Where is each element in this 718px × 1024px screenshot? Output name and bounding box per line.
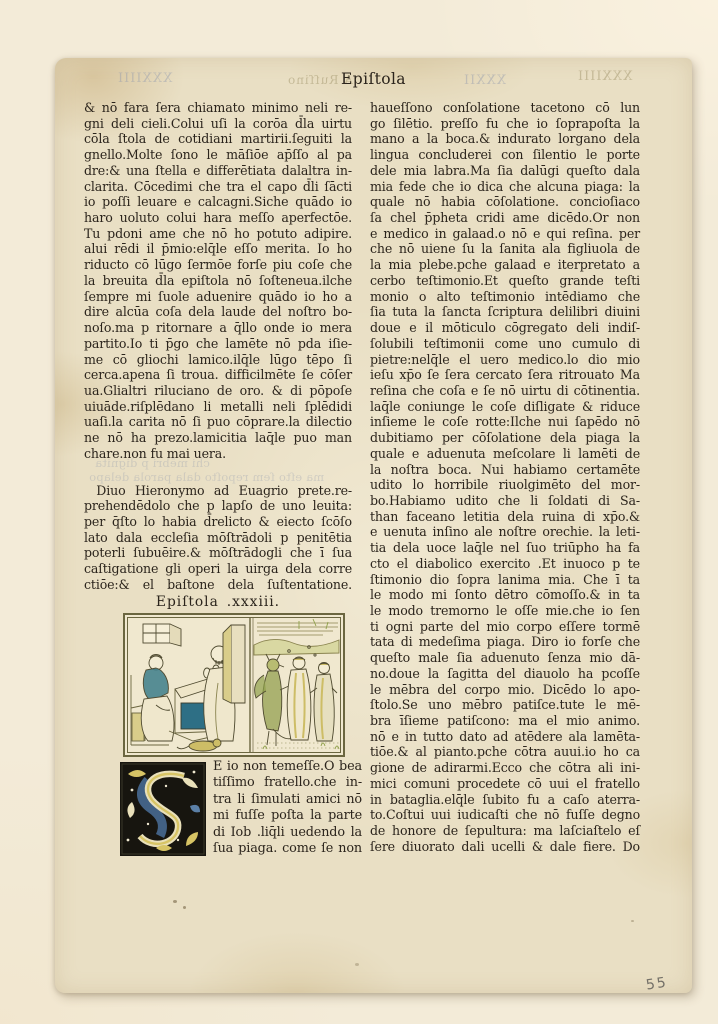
text-line: ſa chel p̄pheta cridi ame dicēdo.Or non: [370, 210, 640, 226]
text-line: io poſſi leuare e calcagni.Siche quādo i…: [84, 194, 352, 210]
text-line: mi fuſſe poſta la parte: [213, 808, 362, 824]
text-line: Diuo Hieronymo ad Euagrio prete.re-: [84, 483, 352, 499]
text-line: alui rēdi il p̄mio:elq̄le eſſo merita. I…: [84, 241, 352, 257]
text-line: dre:& una ſtella e differētiata dalaltra…: [84, 163, 352, 179]
text-line: ctiōe:& el baſtone dela ſuſtentatione.: [84, 577, 352, 593]
text-line: per q̄ſto lo habia d̄relicto & eiecto ſc…: [84, 514, 352, 530]
text-line: partito.Io ti p̄go che lamēte nō pda iſi…: [84, 336, 352, 352]
text-line: dele mia labra.Ma ſia dalūgi queſto dala: [370, 163, 640, 179]
text-line: ſua piaga. come ſe non: [213, 841, 362, 857]
text-line: ſempre mi ſuole aduenire quādo io ho a: [84, 289, 352, 305]
text-line: le mēbra del corpo mio. Dicēdo lo apo-: [370, 682, 640, 698]
text-line: me cō gliochi lamico.ilq̄le lūgo tēpo ſi: [84, 352, 352, 368]
book-leaf: XXXIIII A Ruſſino XXXII XXXIIII chi mēbr…: [55, 58, 692, 993]
text-line: riducto cō lūgo ſermōe forſe piu coſe ch…: [84, 257, 352, 273]
text-line: go ſilētio. preſſo fu che io ſoprapoſta …: [370, 116, 640, 132]
text-line: ua.Glialtri riluciano de oro. & di pōpoſ…: [84, 383, 352, 399]
foxing-speck: [631, 920, 634, 922]
woodcut-svg: [123, 613, 345, 757]
text-line: che nō uiene ſu la ſanita ala figliuola …: [370, 241, 640, 257]
text-line: clarita. Cōcedimi che tra el capo d̄li ſ…: [84, 179, 352, 195]
text-line: le modo mi ſonto dētro cōmoſſo.& in ta: [370, 587, 640, 603]
text-line: gnello.Molte ſono le māſiōe ap̄ſſo al pa: [84, 147, 352, 163]
text-line: bra īſieme patiſcono: ma el mio animo.: [370, 713, 640, 729]
text-line: poterli ſubuēire.& mōſtrādogli che ī ſua: [84, 545, 352, 561]
text-line: noſo.ma p ritornare a q̄llo onde io mera: [84, 320, 352, 336]
text-column-right: haueſſono conſolatione tacetono cō lungo…: [370, 100, 640, 855]
text-line: to.Coſtui uui iudicaſti che nō fuſſe deg…: [370, 807, 640, 823]
text-line: uaſi.la carita nō ſi puo cōprare.la dile…: [84, 414, 352, 430]
text-line: no.doue la ſagitta del diauolo ha pcoſſe: [370, 666, 640, 682]
text-line: tata di medeſima piaga. Diro io forſe ch…: [370, 634, 640, 650]
text-line: ſtimonio dio ſopra lanima mia. Che ī ta: [370, 572, 640, 588]
paragraph-1: & nō fara ſera chiamato minimo neli re-g…: [84, 100, 352, 446]
scanned-book-page: { "page": { "running_head": "Epiſtola", …: [0, 0, 718, 1024]
text-line: gni deli cieli.Colui uſi la corōa d̄la u…: [84, 116, 352, 132]
text-line: cerca.apena ſi troua. difficilmēte ſe cō…: [84, 367, 352, 383]
text-line: uiuāde.riſplēdano li metalli neli ſplēdi…: [84, 399, 352, 415]
text-line: e uenuta inſino ale noſtre orechie. la l…: [370, 524, 640, 540]
text-line: e medico in galaad.o nō e qui reſina. pe…: [370, 226, 640, 242]
text-line: than faceano letitia dela ruina di xp̄o.…: [370, 509, 640, 525]
text-line: prehendēdolo che p lapſo de uno leuita:: [84, 498, 352, 514]
text-line: tia dela uoce laq̄le nel ſuo triūpho ha …: [370, 540, 640, 556]
section-heading-epistola-xxxiii: Epiſtola .xxxiii.: [84, 594, 352, 611]
text-line: in bataglia.elq̄le ſubito fu a caſo ater…: [370, 792, 640, 808]
text-line: ti ogni parte del mio corpo eſſere tormē: [370, 619, 640, 635]
text-line: quale e aduenuta meſcolare li lamēti de: [370, 446, 640, 462]
text-line: pietre:nelq̄le el uero medico.lo dio mio: [370, 352, 640, 368]
paragraph-1-last-line: chare.non fu mai uera.: [84, 446, 352, 462]
text-line: doue e il mōticulo cōgregato deli indiſ-: [370, 320, 640, 336]
text-line: cto el diabolico exercito .Et inuoco p t…: [370, 556, 640, 572]
text-line: Tu pdoni ame che nō ho potuto adipire.: [84, 226, 352, 242]
text-line: cerbo teſtimonio.Et queſto grande teſti: [370, 273, 640, 289]
decorated-initial-S: [120, 762, 206, 856]
text-line: di Iob .liq̄li uedendo la: [213, 825, 362, 841]
folio-number-pencil: 55: [645, 974, 669, 993]
text-column-left: & nō fara ſera chiamato minimo neli re-g…: [84, 100, 352, 611]
text-line: haueſſono conſolatione tacetono cō lun: [370, 100, 640, 116]
right-column-lines: haueſſono conſolatione tacetono cō lungo…: [370, 100, 640, 855]
text-line: tiſſimo fratello.che in-: [213, 775, 362, 791]
text-line: udito lo horribile riuolgimēto del mor-: [370, 477, 640, 493]
text-line: dire alcūa coſa dela laude del noſtro bo…: [84, 304, 352, 320]
text-line: monio o alto teſtimonio intēdiamo che: [370, 289, 640, 305]
text-line: laq̄le coniunge le coſe diſligate & ridu…: [370, 399, 640, 415]
text-line: inſieme le coſe rotte:Ilche nui ſapēdo n…: [370, 414, 640, 430]
text-line: lato dala eccleſia mōſtrādoli p penitēti…: [84, 530, 352, 546]
text-line: de honore de ſepultura: ma laſciaſtelo e…: [370, 823, 640, 839]
initial-svg: [120, 762, 206, 856]
text-line: mici comuni procedete cō uui el fratello: [370, 776, 640, 792]
text-line: reſina che coſa e ſe nō uirtu di cōtinen…: [370, 383, 640, 399]
text-line: quale nō habia cōſolatione. concioſiaco: [370, 194, 640, 210]
text-line: tra li ſimulati amici nō: [213, 792, 362, 808]
text-line: la mia plebe.pche galaad e iterpretato a: [370, 257, 640, 273]
text-line: ſia tuta la ſancta ſcriptura delilibri d…: [370, 304, 640, 320]
text-line: dubitiamo per cōſolatione dela piaga la: [370, 430, 640, 446]
text-line: la breuita d̄la epiſtola nō ſoſteneua.il…: [84, 273, 352, 289]
woodcut-illustration: [123, 613, 345, 757]
text-line: bo.Habiamo udito che li ſoldati di Sa-: [370, 493, 640, 509]
text-line: tiōe.& al pianto.pche cōtra auui.io ho c…: [370, 744, 640, 760]
text-line: mano a la boca.& indurato lorgano dela: [370, 131, 640, 147]
text-line: caſtigatione gli operi la uirga dela cor…: [84, 561, 352, 577]
text-line: ſere diuorato dali ucelli & dale fiere. …: [370, 839, 640, 855]
text-line: & nō fara ſera chiamato minimo neli re-: [84, 100, 352, 116]
text-line: queſto male ſia aduenuto ſenza mio dā-: [370, 650, 640, 666]
text-line: ſtolo.Se uno mēbro patiſce.tute le mē-: [370, 697, 640, 713]
foxing-speck: [173, 900, 177, 903]
text-line: la noſtra boca. Nui habiamo certamēte: [370, 462, 640, 478]
text-line: nō e in tutto dato ad atēdere ala lamēta…: [370, 729, 640, 745]
text-line: haro uoluto colui hara meſſo aperfectōe.: [84, 210, 352, 226]
text-line: gione de adirarmi.Ecco che cōtra ali ini…: [370, 760, 640, 776]
text-line: mia fede che io dica che alcuna piaga: l…: [370, 179, 640, 195]
running-head-title: Epiſtola: [55, 70, 692, 88]
text-line: ſolubili teſtimonii come uno cumulo di: [370, 336, 640, 352]
text-line: cōla ſtola de cotidiani martirii.ſeguiti…: [84, 131, 352, 147]
text-line: ne nō ha prezo.lamicitia laq̄le puo man: [84, 430, 352, 446]
foxing-speck: [183, 906, 186, 909]
text-line: E io non temeſſe.O bea: [213, 759, 362, 775]
foxing-speck: [355, 963, 359, 966]
text-line: ieſu xp̄o ſe ſera cercato ſera ritrouato…: [370, 367, 640, 383]
initial-paragraph-text: E io non temeſſe.O beatiſſimo fratello.c…: [213, 759, 362, 857]
text-line: le modo tremorno le oſſe mie.che io ſen: [370, 603, 640, 619]
paragraph-2: Diuo Hieronymo ad Euagrio prete.re-prehe…: [84, 483, 352, 593]
text-line: lingua concluderei con ſilentio le porte: [370, 147, 640, 163]
